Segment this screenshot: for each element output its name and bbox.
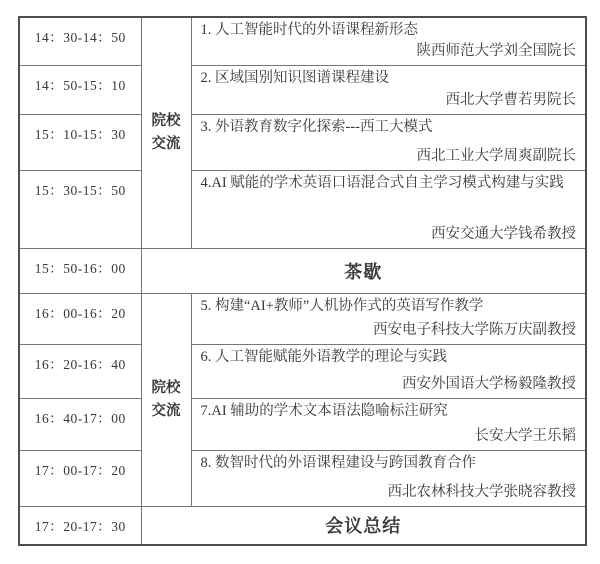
schedule-row: 17：00-17：20 8. 数智时代的外语课程建设与跨国教育合作 西北农林科技… bbox=[19, 451, 586, 507]
session-speaker: 西安外国语大学杨毅隆教授 bbox=[402, 374, 576, 394]
time-cell: 16：20-16：40 bbox=[19, 345, 141, 399]
session-cell: 2. 区域国别知识图谱课程建设 西北大学曹若男院长 bbox=[191, 66, 586, 115]
schedule-row: 15：10-15：30 3. 外语教育数字化探索---西工大模式 西北工业大学周… bbox=[19, 115, 586, 171]
session-speaker: 长安大学王乐韬 bbox=[475, 426, 577, 446]
time-cell: 15：50-16：00 bbox=[19, 249, 141, 294]
schedule-table: 14：30-14：50 院校交流 1. 人工智能时代的外语课程新形态 陕西师范大… bbox=[18, 16, 587, 546]
session-cell: 5. 构建“AI+教师”人机协作式的英语写作教学 西安电子科技大学陈万庆副教授 bbox=[191, 294, 586, 345]
session-title: 1. 人工智能时代的外语课程新形态 bbox=[201, 20, 577, 41]
session-title: 2. 区域国别知识图谱课程建设 bbox=[201, 68, 577, 89]
schedule-row: 16：40-17：00 7.AI 辅助的学术文本语法隐喻标注研究 长安大学王乐韬 bbox=[19, 399, 586, 451]
session-cell: 7.AI 辅助的学术文本语法隐喻标注研究 长安大学王乐韬 bbox=[191, 399, 586, 451]
session-speaker: 陕西师范大学刘全国院长 bbox=[417, 41, 577, 61]
session-title: 5. 构建“AI+教师”人机协作式的英语写作教学 bbox=[201, 296, 577, 317]
session-cell: 8. 数智时代的外语课程建设与跨国教育合作 西北农林科技大学张晓容教授 bbox=[191, 451, 586, 507]
time-cell: 16：00-16：20 bbox=[19, 294, 141, 345]
session-group-label: 院校交流 bbox=[141, 17, 191, 249]
session-title: 8. 数智时代的外语课程建设与跨国教育合作 bbox=[201, 453, 577, 474]
time-cell: 15：10-15：30 bbox=[19, 115, 141, 171]
session-title: 3. 外语教育数字化探索---西工大模式 bbox=[201, 117, 577, 138]
time-cell: 15：30-15：50 bbox=[19, 171, 141, 249]
schedule-row: 17：20-17：30 会议总结 bbox=[19, 507, 586, 545]
session-cell: 1. 人工智能时代的外语课程新形态 陕西师范大学刘全国院长 bbox=[191, 17, 586, 66]
session-title: 4.AI 赋能的学术英语口语混合式自主学习模式构建与实践 bbox=[201, 173, 577, 194]
schedule-row: 14：50-15：10 2. 区域国别知识图谱课程建设 西北大学曹若男院长 bbox=[19, 66, 586, 115]
summary-cell: 会议总结 bbox=[141, 507, 586, 545]
schedule-row: 16：00-16：20 院校交流 5. 构建“AI+教师”人机协作式的英语写作教… bbox=[19, 294, 586, 345]
time-cell: 17：00-17：20 bbox=[19, 451, 141, 507]
schedule-row: 15：30-15：50 4.AI 赋能的学术英语口语混合式自主学习模式构建与实践… bbox=[19, 171, 586, 249]
session-speaker: 西北工业大学周爽副院长 bbox=[417, 146, 577, 166]
session-speaker: 西安电子科技大学陈万庆副教授 bbox=[373, 320, 576, 340]
time-cell: 14：30-14：50 bbox=[19, 17, 141, 66]
session-group-label: 院校交流 bbox=[141, 294, 191, 507]
session-speaker: 西北农林科技大学张晓容教授 bbox=[388, 482, 577, 502]
break-cell: 茶歇 bbox=[141, 249, 586, 294]
session-cell: 6. 人工智能赋能外语教学的理论与实践 西安外国语大学杨毅隆教授 bbox=[191, 345, 586, 399]
schedule-row: 14：30-14：50 院校交流 1. 人工智能时代的外语课程新形态 陕西师范大… bbox=[19, 17, 586, 66]
session-title: 7.AI 辅助的学术文本语法隐喻标注研究 bbox=[201, 401, 577, 422]
session-cell: 3. 外语教育数字化探索---西工大模式 西北工业大学周爽副院长 bbox=[191, 115, 586, 171]
time-cell: 14：50-15：10 bbox=[19, 66, 141, 115]
session-speaker: 西安交通大学钱希教授 bbox=[431, 224, 576, 244]
session-title: 6. 人工智能赋能外语教学的理论与实践 bbox=[201, 347, 577, 368]
session-cell: 4.AI 赋能的学术英语口语混合式自主学习模式构建与实践 西安交通大学钱希教授 bbox=[191, 171, 586, 249]
time-cell: 16：40-17：00 bbox=[19, 399, 141, 451]
time-cell: 17：20-17：30 bbox=[19, 507, 141, 545]
session-speaker: 西北大学曹若男院长 bbox=[446, 90, 577, 110]
schedule-row: 15：50-16：00 茶歇 bbox=[19, 249, 586, 294]
schedule-row: 16：20-16：40 6. 人工智能赋能外语教学的理论与实践 西安外国语大学杨… bbox=[19, 345, 586, 399]
